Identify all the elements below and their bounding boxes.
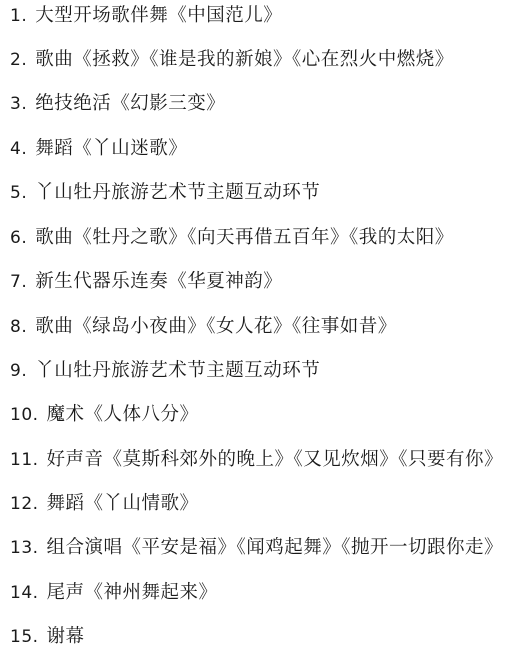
program-item: 14.尾声《神州舞起来》: [10, 579, 218, 607]
item-number: 3.: [10, 90, 27, 118]
program-item: 1.大型开场歌伴舞《中国范儿》: [10, 2, 282, 30]
item-number: 5.: [10, 179, 27, 207]
item-text: 大型开场歌伴舞《中国范儿》: [35, 2, 282, 30]
program-item: 11.好声音《莫斯科郊外的晚上》《又见炊烟》《只要有你》: [10, 446, 503, 474]
item-text: 好声音《莫斯科郊外的晚上》《又见炊烟》《只要有你》: [47, 446, 504, 474]
item-number: 13.: [10, 534, 39, 562]
item-number: 2.: [10, 46, 27, 74]
item-number: 11.: [10, 446, 39, 474]
program-item: 4.舞蹈《丫山迷歌》: [10, 135, 187, 163]
item-number: 6.: [10, 224, 27, 252]
program-item: 12.舞蹈《丫山情歌》: [10, 490, 199, 518]
item-number: 14.: [10, 579, 39, 607]
program-item: 5.丫山牡丹旅游艺术节主题互动环节: [10, 179, 320, 207]
item-text: 组合演唱《平安是福》《闻鸡起舞》《抛开一切跟你走》: [47, 534, 504, 562]
program-item: 3.绝技绝活《幻影三变》: [10, 90, 225, 118]
program-item: 13.组合演唱《平安是福》《闻鸡起舞》《抛开一切跟你走》: [10, 534, 503, 562]
program-item: 8.歌曲《绿岛小夜曲》《女人花》《往事如昔》: [10, 313, 397, 341]
program-item: 7.新生代器乐连奏《华夏神韵》: [10, 268, 282, 296]
program-item: 6.歌曲《牡丹之歌》《向天再借五百年》《我的太阳》: [10, 224, 454, 252]
item-text: 歌曲《牡丹之歌》《向天再借五百年》《我的太阳》: [35, 224, 454, 252]
item-text: 新生代器乐连奏《华夏神韵》: [35, 268, 282, 296]
item-text: 丫山牡丹旅游艺术节主题互动环节: [35, 179, 320, 207]
item-text: 尾声《神州舞起来》: [47, 579, 218, 607]
item-text: 舞蹈《丫山情歌》: [47, 490, 199, 518]
item-number: 15.: [10, 623, 39, 649]
item-text: 歌曲《绿岛小夜曲》《女人花》《往事如昔》: [35, 313, 397, 341]
item-text: 丫山牡丹旅游艺术节主题互动环节: [35, 357, 320, 385]
program-item: 10.魔术《人体八分》: [10, 401, 199, 429]
item-text: 歌曲《拯救》《谁是我的新娘》《心在烈火中燃烧》: [35, 46, 454, 74]
item-text: 魔术《人体八分》: [47, 401, 199, 429]
program-item: 15.谢幕: [10, 623, 85, 649]
item-number: 9.: [10, 357, 27, 385]
item-number: 12.: [10, 490, 39, 518]
item-number: 10.: [10, 401, 39, 429]
program-item: 9.丫山牡丹旅游艺术节主题互动环节: [10, 357, 320, 385]
item-number: 7.: [10, 268, 27, 296]
program-item: 2.歌曲《拯救》《谁是我的新娘》《心在烈火中燃烧》: [10, 46, 454, 74]
item-text: 舞蹈《丫山迷歌》: [35, 135, 187, 163]
item-number: 1.: [10, 2, 27, 30]
item-number: 8.: [10, 313, 27, 341]
item-number: 4.: [10, 135, 27, 163]
item-text: 绝技绝活《幻影三变》: [35, 90, 225, 118]
item-text: 谢幕: [47, 623, 85, 649]
